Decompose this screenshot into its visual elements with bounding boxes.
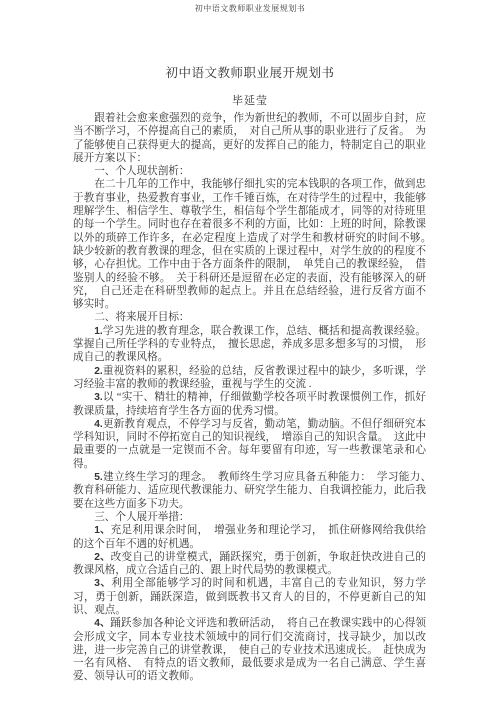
list-number: 3、	[94, 578, 111, 589]
paragraph-text: 以 “实干、精壮的精神，仔细做勤学校各项平时教课惯例工作，抓好教课质量，持续培育…	[73, 392, 426, 416]
goal-item-3: 3.以 “实干、精壮的精神，仔细做勤学校各项平时教课惯例工作，抓好教课质量，持续…	[73, 391, 426, 418]
paragraph-text: 利用全部能够学习的时间和机遇，丰富自己的专业知识，努力学习，勇于创新，踊跃深造，…	[73, 578, 426, 616]
paragraph-text: 充足利用课余时间， 增强业务和理论学习， 抓住研修网给我供给的这个百年不遇的好机…	[73, 525, 426, 549]
list-number: 1、	[94, 525, 110, 536]
section-heading-1: 一、个人现状剖析：	[73, 165, 426, 178]
list-number: 3.	[94, 392, 103, 403]
list-number: 4、	[94, 618, 110, 629]
document-page: 初中语文教师职业发展规划书 初中语文教师职业展开规划书 毕延莹 跟着社会愈来愈强…	[0, 0, 500, 708]
list-number: 2.	[94, 366, 103, 377]
paragraph-text: 三、个人展开举措：	[94, 512, 189, 523]
measure-item-4: 4、踊跃参加各种论文评选和教研活动， 将自己在教课实践中的心得领会形成文字，同本…	[73, 617, 426, 683]
running-header: 初中语文教师职业发展规划书	[0, 3, 500, 14]
paragraph-text: 更新教育观点，不停学习与反省，勤动笔，勤动脑。不但仔细研究本学科知识，同时不停拓…	[73, 419, 426, 470]
author-name: 毕延莹	[0, 92, 500, 108]
goal-item-2: 2.重视资料的累积，经验的总结，反省教课过程中的缺少，多听课，学习经验丰富的教师…	[73, 365, 426, 392]
paragraph-text: 重视资料的累积，经验的总结，反省教课过程中的缺少，多听课，学习经验丰富的教师的教…	[73, 366, 426, 390]
paragraph-text: 建立终生学习的理念。 教师终生学习应具备五种能力： 学习能力、 教育科研能力、适…	[73, 472, 437, 510]
section-heading-3: 三、个人展开举措：	[73, 511, 426, 524]
goal-item-1: 1.学习先进的教育理念，联合教课工作，总结、概括和提高教课经验。掌握自己所任学科…	[73, 325, 426, 365]
section-heading-2: 二、将来展开目标：	[73, 311, 426, 324]
paragraph-text: 学习先进的教育理念，联合教课工作，总结、概括和提高教课经验。掌握自己所任学科的专…	[73, 326, 426, 364]
document-title: 初中语文教师职业展开规划书	[0, 63, 500, 81]
document-body: 跟着社会愈来愈强烈的竞争，作为新世纪的教师，不可以固步自封，应当不断学习，不停提…	[73, 112, 426, 684]
paragraph-text: 二、将来展开目标：	[94, 312, 189, 323]
paragraph-text: 跟着社会愈来愈强烈的竞争，作为新世纪的教师，不可以固步自封，应当不断学习，不停提…	[73, 113, 426, 164]
paragraph-current-status: 在二十几年的工作中，我能够仔细扎实的完本钱职的各项工作，做到忠于教育事业，热爱教…	[73, 178, 426, 311]
paragraph-intro: 跟着社会愈来愈强烈的竞争，作为新世纪的教师，不可以固步自封，应当不断学习，不停提…	[73, 112, 426, 165]
paragraph-text: 改变自己的讲堂模式，踊跃探究，勇于创新，争取赶快改进自己的教课风格，成立合适自己…	[73, 552, 426, 576]
goal-item-5: 5.建立终生学习的理念。 教师终生学习应具备五种能力： 学习能力、 教育科研能力…	[73, 471, 426, 511]
paragraph-text: 一、个人现状剖析：	[94, 166, 189, 177]
paragraph-text: 在二十几年的工作中，我能够仔细扎实的完本钱职的各项工作，做到忠于教育事业，热爱教…	[73, 179, 437, 310]
measure-item-2: 2、改变自己的讲堂模式，踊跃探究，勇于创新，争取赶快改进自己的教课风格，成立合适…	[73, 551, 426, 578]
list-number: 2、	[94, 552, 110, 563]
paragraph-text: 踊跃参加各种论文评选和教研活动， 将自己在教课实践中的心得领会形成文字，同本专业…	[73, 618, 426, 682]
measure-item-1: 1、充足利用课余时间， 增强业务和理论学习， 抓住研修网给我供给的这个百年不遇的…	[73, 524, 426, 551]
list-number: 1.	[94, 326, 103, 337]
goal-item-4: 4.更新教育观点，不停学习与反省，勤动笔，勤动脑。不但仔细研究本学科知识，同时不…	[73, 418, 426, 471]
measure-item-3: 3、利用全部能够学习的时间和机遇，丰富自己的专业知识，努力学习，勇于创新，踊跃深…	[73, 577, 426, 617]
list-number: 4.	[94, 419, 103, 430]
list-number: 5.	[94, 472, 103, 483]
